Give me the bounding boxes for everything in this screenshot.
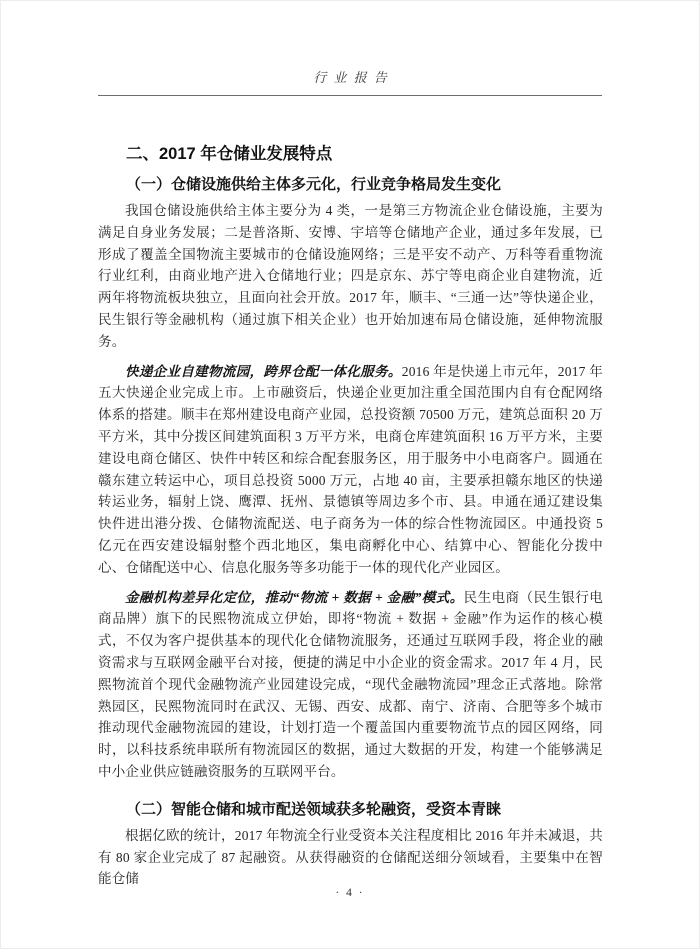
paragraph-lead: 金融机构差异化定位，推动“物流 + 数据 + 金融”模式。 — [125, 590, 464, 605]
paragraph-text: 2016 年是快递上市元年，2017 年五大快递企业完成上市。上市融资后，快递企… — [98, 364, 603, 575]
subsection-2-title: （二）智能仓储和城市配送领域获多轮融资，受资本青睐 — [98, 799, 603, 821]
paragraph-text: 民生电商（民生银行电商品牌）旗下的民熙物流成立伊始，即将“物流 + 数据 + 金… — [98, 590, 603, 779]
page-content: 二、2017 年仓储业发展特点 （一）仓储设施供给主体多元化，行业竞争格局发生变… — [1, 142, 699, 890]
section-title: 二、2017 年仓储业发展特点 — [98, 142, 603, 166]
page-number: · 4 · — [1, 887, 699, 899]
paragraph-text: 我国仓储设施供给主体主要分为 4 类，一是第三方物流企业仓储设施，主要为满足自身… — [98, 203, 603, 349]
header-rule — [98, 95, 602, 96]
paragraph-funding-stats: 根据亿欧的统计，2017 年物流全行业受资本关注程度相比 2016 年并未减退，… — [98, 825, 603, 890]
paragraph-text: 根据亿欧的统计，2017 年物流全行业受资本关注程度相比 2016 年并未减退，… — [98, 828, 603, 887]
paragraph-express-parks: 快递企业自建物流园，跨界仓配一体化服务。2016 年是快递上市元年，2017 年… — [98, 361, 603, 579]
report-page: 行业报告 二、2017 年仓储业发展特点 （一）仓储设施供给主体多元化，行业竞争… — [0, 0, 700, 949]
running-header-title: 行业报告 — [1, 67, 699, 86]
paragraph-supply-types: 我国仓储设施供给主体主要分为 4 类，一是第三方物流企业仓储设施，主要为满足自身… — [98, 200, 603, 353]
paragraph-finance-model: 金融机构差异化定位，推动“物流 + 数据 + 金融”模式。民生电商（民生银行电商… — [98, 587, 603, 783]
paragraph-lead: 快递企业自建物流园，跨界仓配一体化服务。 — [125, 364, 402, 379]
subsection-1-title: （一）仓储设施供给主体多元化，行业竞争格局发生变化 — [98, 174, 603, 196]
